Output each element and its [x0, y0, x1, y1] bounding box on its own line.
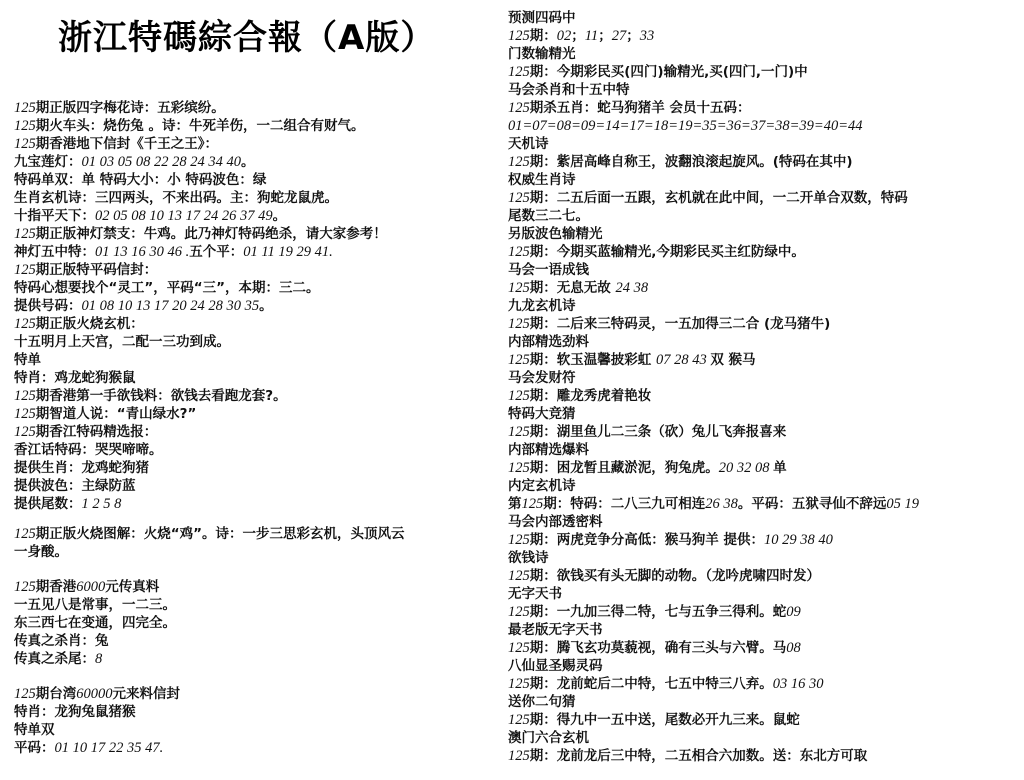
right-column-line: 125期：02；11；27；33	[508, 27, 654, 45]
left-column-line: 125期香港6000元传真料	[14, 578, 159, 596]
right-column-line: 天机诗	[508, 135, 549, 153]
left-column-line: 东三西七在变通，四完全。	[14, 614, 176, 632]
right-column-line: 预测四码中	[508, 9, 576, 27]
left-column-line: 特码心想要找个“灵工”，平码“三”，本期：三二。	[14, 279, 320, 297]
right-column-line: 无字天书	[508, 585, 562, 603]
left-column-line: 十指平天下：02 05 08 10 13 17 24 26 37 49。	[14, 207, 286, 225]
left-column-line: 125期智道人说：“青山绿水?”	[14, 405, 196, 423]
right-column-line: 125期：困龙暂且藏淤泥，狗兔虎。20 32 08 单	[508, 459, 787, 477]
right-column-line: 内部精选劲料	[508, 333, 589, 351]
right-column-line: 125期杀五肖：蛇马狗猪羊 会员十五码：	[508, 99, 750, 117]
right-column-line: 欲钱诗	[508, 549, 549, 567]
right-column-line: 内定玄机诗	[508, 477, 576, 495]
right-column-line: 澳门六合玄机	[508, 729, 589, 747]
right-column-line: 125期：今期买蓝输精光,今期彩民买主红防绿中。	[508, 243, 805, 261]
right-column-line: 送你二句猜	[508, 693, 576, 711]
left-column-line: 特肖：龙狗兔鼠猪猴	[14, 703, 136, 721]
right-column-line: 125期：湖里鱼儿二三条（砍）兔儿飞奔报喜来	[508, 423, 786, 441]
right-column-line: 第125期：特码：二八三九可相连26 38。平码：五狱寻仙不辞远05 19	[508, 495, 919, 513]
right-column-line: 特码大竞猜	[508, 405, 576, 423]
left-column-line: 传真之杀肖：兔	[14, 632, 109, 650]
left-column-line: 特单双	[14, 721, 55, 739]
left-column-line: 125期正版神灯禁支：牛鸡。此乃神灯特码绝杀，请大家参考！	[14, 225, 387, 243]
right-column-line: 125期：二五后面一五跟，玄机就在此中间，一二开单合双数，特码	[508, 189, 908, 207]
left-column-line: 特单	[14, 351, 41, 369]
right-column-line: 125期：两虎竞争分高低：猴马狗羊 提供：10 29 38 40	[508, 531, 833, 549]
right-column-line: 125期：欲钱买有头无脚的动物。（龙吟虎啸四时发）	[508, 567, 820, 585]
left-column-line: 一身酸。	[14, 543, 68, 561]
right-column-line: 九龙玄机诗	[508, 297, 576, 315]
right-column-line: 八仙显圣赐灵码	[508, 657, 603, 675]
right-column-line: 最老版无字天书	[508, 621, 603, 639]
left-column-line: 125期正版火烧图解：火烧“鸡”。诗：一步三思彩玄机，头顶风云	[14, 525, 405, 543]
left-column-line: 一五见八是常事，一二三。	[14, 596, 176, 614]
right-column-line: 马会发财符	[508, 369, 576, 387]
right-column-line: 125期：雕龙秀虎着艳妆	[508, 387, 651, 405]
right-column-line: 125期：今期彩民买(四门)输精光,买(四门,一门)中	[508, 63, 808, 81]
newspaper-title: 浙江特碼綜合報（A版）	[58, 10, 435, 59]
left-column-line: 九宝莲灯：01 03 05 08 22 28 24 34 40。	[14, 153, 255, 171]
left-column-line: 生肖玄机诗：三四两头，不来出码。主：狗蛇龙鼠虎。	[14, 189, 338, 207]
right-column-line: 125期：得九中一五中送，尾数必开九三来。鼠蛇	[508, 711, 800, 729]
left-column-line: 125期正版四字梅花诗：五彩缤纷。	[14, 99, 225, 117]
right-column-line: 125期：腾飞玄功莫藐视，确有三头与六臂。马08	[508, 639, 801, 657]
left-column-line: 125期香港第一手欲钱料：欲钱去看跑龙套?。	[14, 387, 287, 405]
right-column-line: 125期：软玉温馨披彩虹 07 28 43 双 猴马	[508, 351, 756, 369]
right-column-line: 125期：一九加三得二特，七与五争三得利。蛇09	[508, 603, 801, 621]
right-column-line: 125期：无息无故 24 38	[508, 279, 648, 297]
left-column-line: 提供波色：主绿防蓝	[14, 477, 136, 495]
left-column-line: 提供尾数：1 2 5 8	[14, 495, 121, 513]
right-column-line: 权威生肖诗	[508, 171, 576, 189]
left-column-line: 特码单双：单 特码大小：小 特码波色：绿	[14, 171, 266, 189]
right-column-line: 尾数三二七。	[508, 207, 589, 225]
right-column-line: 125期：龙前蛇后二中特，七五中特三八弃。03 16 30	[508, 675, 824, 693]
left-column-line: 传真之杀尾：8	[14, 650, 102, 668]
left-column-line: 平码：01 10 17 22 35 47.	[14, 739, 163, 757]
right-column-line: 马会内部透密料	[508, 513, 603, 531]
right-column-line: 内部精选爆料	[508, 441, 589, 459]
left-column-line: 125期火车头：烧伤兔 。诗：牛死羊伤，一二组合有财气。	[14, 117, 364, 135]
left-column-line: 十五明月上天宫，二配一三功到成。	[14, 333, 230, 351]
left-column-line: 特肖：鸡龙蛇狗猴鼠	[14, 369, 136, 387]
left-column-line: 香江话特码：哭哭啼啼。	[14, 441, 163, 459]
right-column-line: 另版波色输精光	[508, 225, 603, 243]
left-column-line: 神灯五中特：01 13 16 30 46 .五个平：01 11 19 29 41…	[14, 243, 333, 261]
left-column-line: 125期香港地下信封《千王之王》：	[14, 135, 218, 153]
left-column-line: 125期正版特平码信封：	[14, 261, 157, 279]
left-column-line: 125期香江特码精选报：	[14, 423, 157, 441]
left-column-line: 提供号码：01 08 10 13 17 20 24 28 30 35。	[14, 297, 273, 315]
left-column-line: 提供生肖：龙鸡蛇狗猪	[14, 459, 149, 477]
right-column-line: 门数输精光	[508, 45, 576, 63]
right-column-line: 01=07=08=09=14=17=18=19=35=36=37=38=39=4…	[508, 117, 863, 135]
right-column-line: 马会一语成钱	[508, 261, 589, 279]
right-column-line: 125期：紫居高峰自称王，波翻浪滚起旋风。(特码在其中)	[508, 153, 853, 171]
right-column-line: 125期：二后来三特码灵，一五加得三二合 (龙马猪牛)	[508, 315, 830, 333]
left-column-line: 125期台湾60000元来料信封	[14, 685, 180, 703]
right-column-line: 马会杀肖和十五中特	[508, 81, 630, 99]
left-column-line: 125期正版火烧玄机：	[14, 315, 144, 333]
right-column-line: 125期：龙前龙后三中特，二五相合六加数。送：东北方可取	[508, 747, 867, 765]
